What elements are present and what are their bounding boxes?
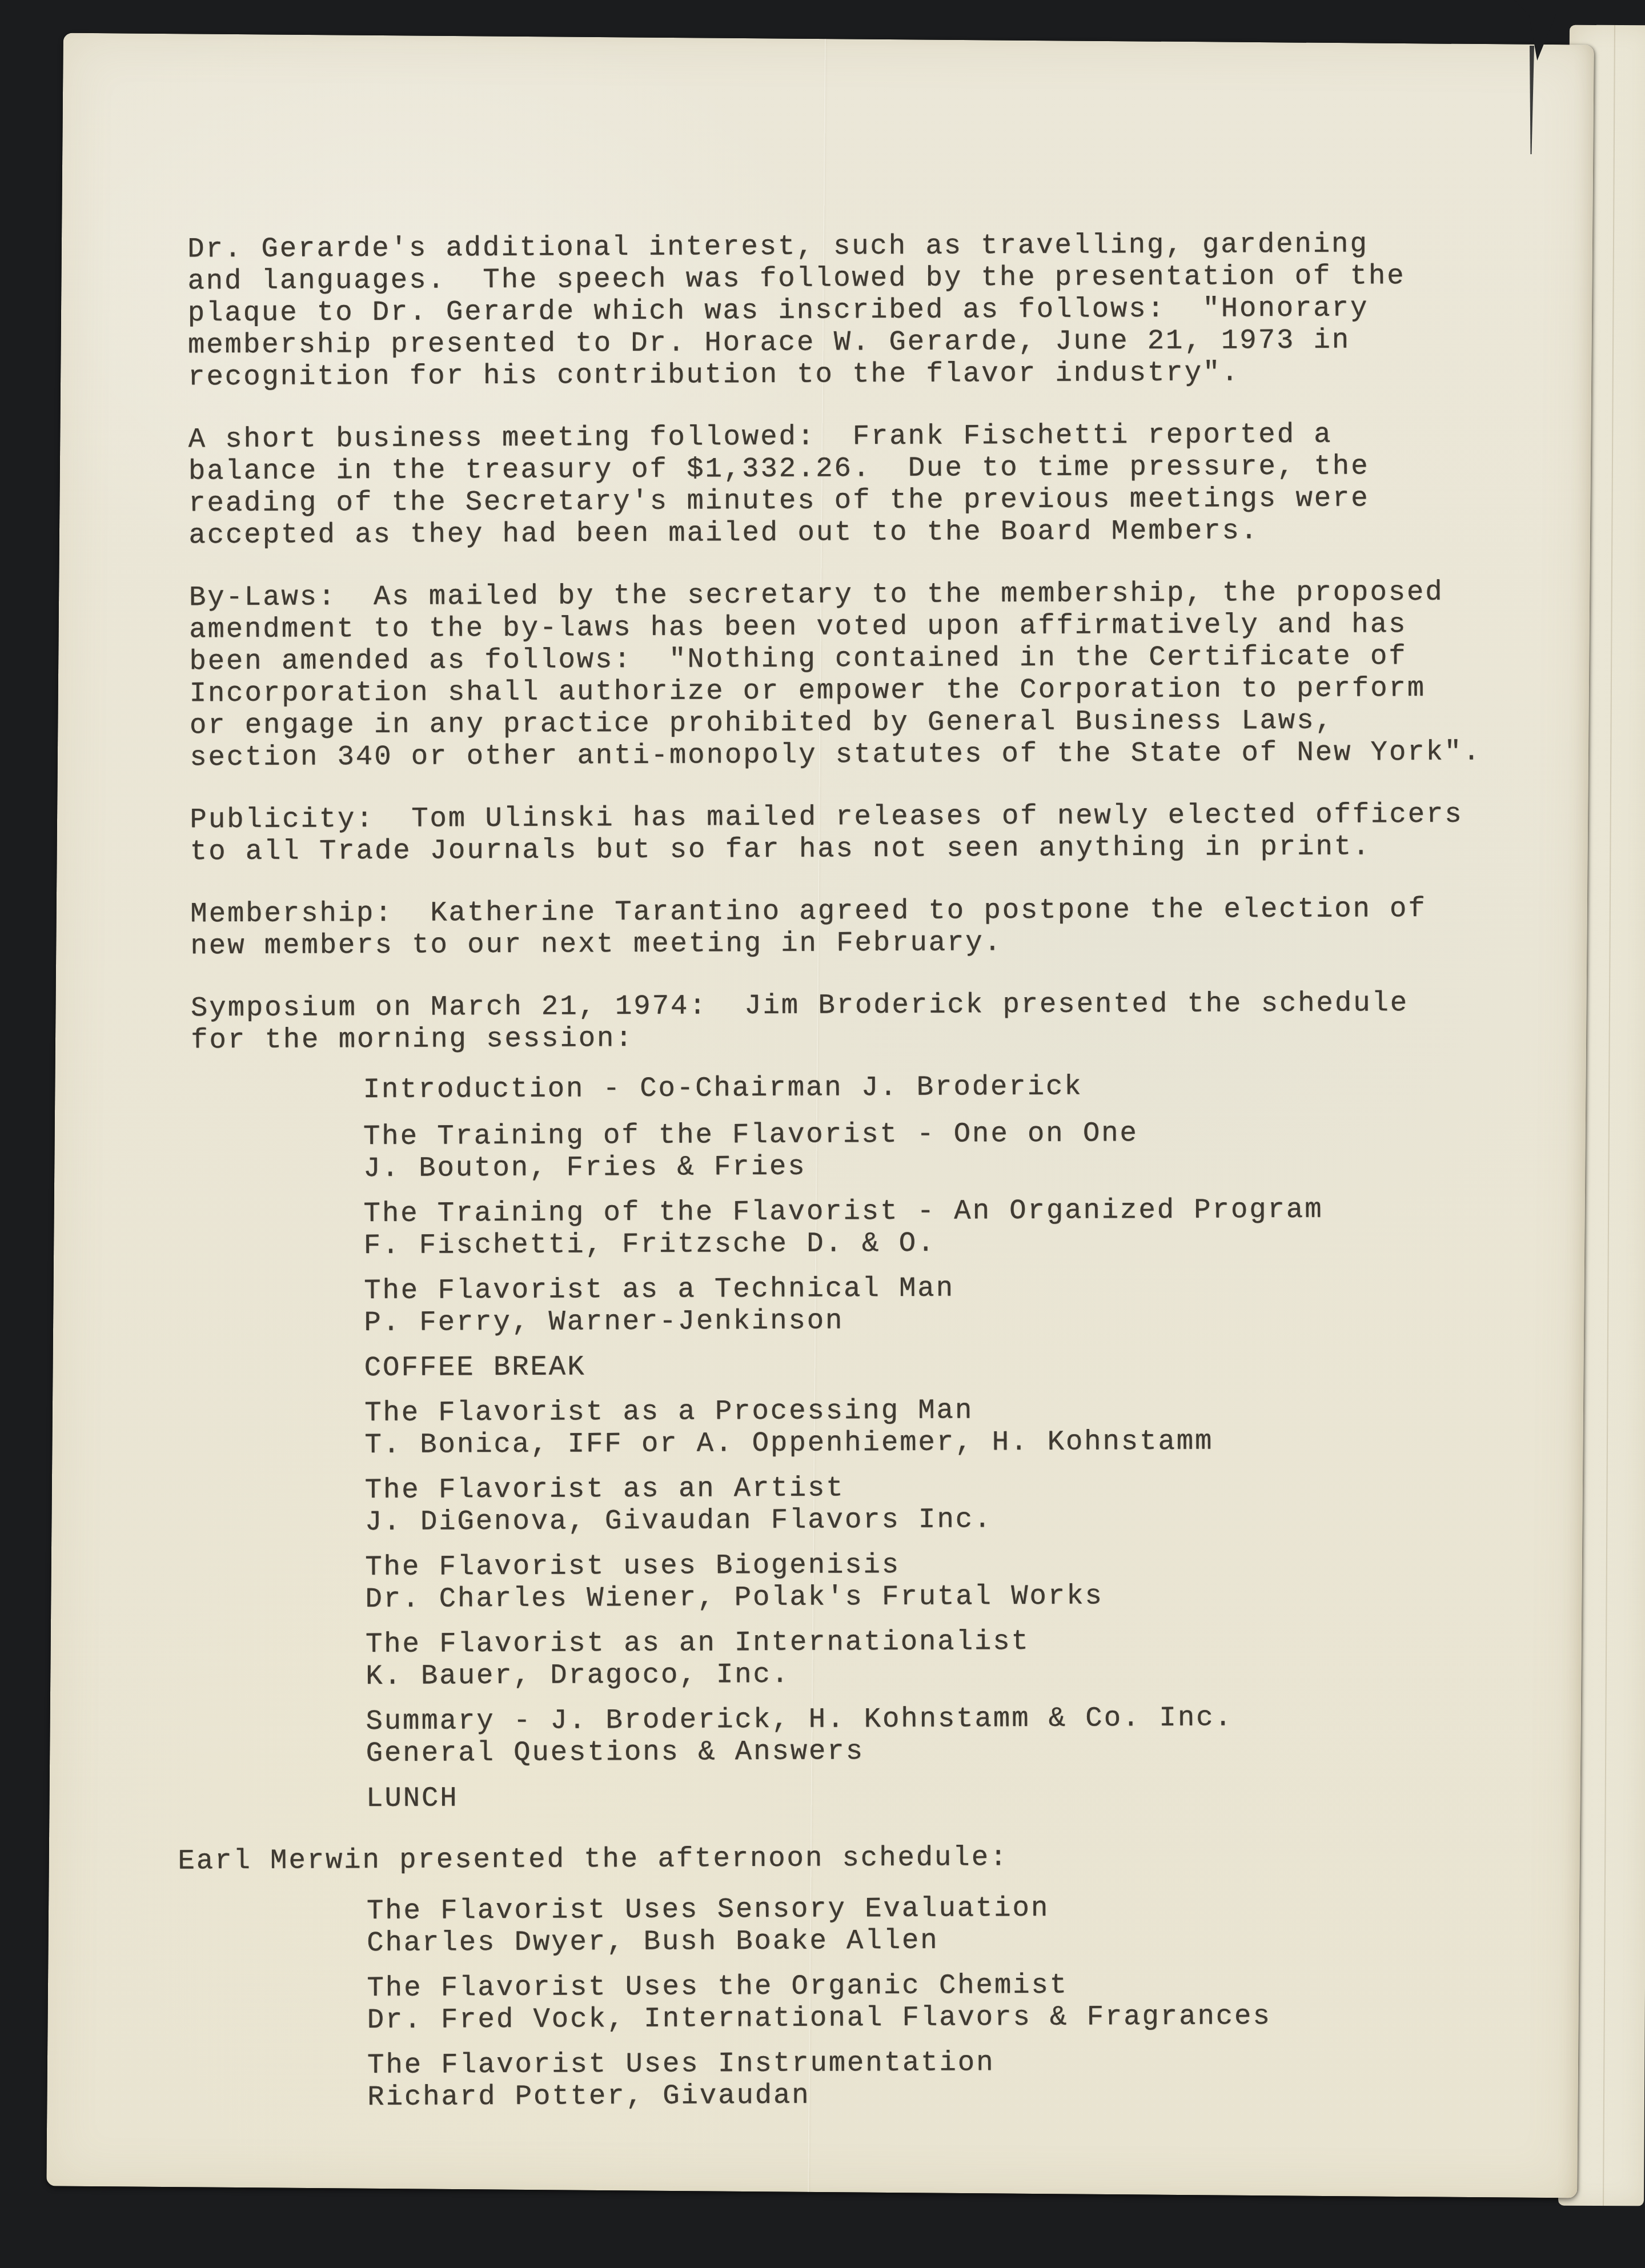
typed-line: P. Ferry, Warner-Jenkinson <box>364 1302 1494 1339</box>
typed-line: for the morning session: <box>191 1018 1493 1056</box>
paragraph-dr-gerarde-speech: Dr. Gerarde's additional interest, such … <box>187 227 1490 393</box>
paragraph-by-laws: By-Laws: As mailed by the secretary to t… <box>189 576 1492 773</box>
schedule-item-artist: The Flavorist as an Artist J. DiGenova, … <box>365 1469 1495 1538</box>
typed-line: section 340 or other anti-monopoly statu… <box>190 736 1492 773</box>
typed-line: Publicity: Tom Ulinski has mailed releas… <box>190 798 1492 836</box>
schedule-item-training-one-on-one: The Training of the Flavorist - One on O… <box>363 1115 1494 1185</box>
typed-line: J. Bouton, Fries & Fries <box>363 1147 1494 1185</box>
typed-line: recognition for his contribution to the … <box>188 355 1490 393</box>
morning-schedule-list: Introduction - Co-Chairman J. Broderick … <box>191 1069 1496 1815</box>
schedule-item-lunch: LUNCH <box>366 1777 1496 1815</box>
typed-line: T. Bonica, IFF or A. Oppenhiemer, H. Koh… <box>364 1424 1495 1461</box>
typed-line: membership presented to Dr. Horace W. Ge… <box>188 323 1490 361</box>
typed-line: LUNCH <box>366 1777 1496 1815</box>
typed-line: J. DiGenova, Givaudan Flavors Inc. <box>365 1501 1495 1538</box>
schedule-item-training-organized-program: The Training of the Flavorist - An Organ… <box>363 1193 1494 1262</box>
schedule-item-summary: Summary - J. Broderick, H. Kohnstamm & C… <box>366 1700 1496 1769</box>
typed-line: The Flavorist as a Processing Man <box>364 1392 1495 1429</box>
typed-line: Dr. Fred Vock, International Flavors & F… <box>367 1999 1498 2036</box>
typed-line: The Flavorist as an Artist <box>365 1469 1495 1506</box>
scanned-document-page: { "scan": { "background_color": "#1b1c1e… <box>0 0 1645 2268</box>
typed-line: Earl Merwin presented the afternoon sche… <box>178 1839 1496 1877</box>
typed-line: The Flavorist Uses the Organic Chemist <box>367 1967 1497 2004</box>
typed-line: reading of the Secretary's minutes of th… <box>188 481 1491 519</box>
typed-line: Richard Potter, Givaudan <box>367 2076 1498 2113</box>
paragraph-afternoon-intro: Earl Merwin presented the afternoon sche… <box>178 1839 1496 1877</box>
typed-line: balance in the treasury of $1,332.26. Du… <box>188 449 1491 487</box>
typed-line: amendment to the by-laws has been voted … <box>189 608 1491 645</box>
typed-line: The Training of the Flavorist - One on O… <box>363 1115 1494 1153</box>
typed-line: new members to our next meeting in Febru… <box>190 924 1492 962</box>
typed-line: accepted as they had been mailed out to … <box>188 513 1491 551</box>
second-page-crease <box>1603 25 1615 2206</box>
typed-line: General Questions & Answers <box>366 1732 1496 1769</box>
typed-line: The Flavorist Uses Sensory Evaluation <box>367 1890 1497 1927</box>
typed-line: Summary - J. Broderick, H. Kohnstamm & C… <box>366 1700 1496 1737</box>
schedule-item-biogenisis: The Flavorist uses Biogenisis Dr. Charle… <box>365 1546 1495 1615</box>
typed-line: Charles Dwyer, Bush Boake Allen <box>367 1922 1497 1959</box>
typed-line: The Flavorist uses Biogenisis <box>365 1546 1495 1583</box>
typed-line: Incorporation shall authorize or empower… <box>189 672 1491 709</box>
paragraph-symposium: Symposium on March 21, 1974: Jim Broderi… <box>191 986 1493 1056</box>
schedule-item-processing-man: The Flavorist as a Processing Man T. Bon… <box>364 1392 1495 1461</box>
typed-line: or engage in any practice prohibited by … <box>190 704 1492 741</box>
typed-line: COFFEE BREAK <box>364 1347 1495 1384</box>
typed-line: Symposium on March 21, 1974: Jim Broderi… <box>191 986 1493 1024</box>
typed-line: plaque to Dr. Gerarde which was inscribe… <box>188 291 1490 329</box>
schedule-item-sensory-evaluation: The Flavorist Uses Sensory Evaluation Ch… <box>367 1890 1497 1959</box>
typed-line: The Flavorist as an Internationalist <box>366 1623 1496 1660</box>
schedule-item-introduction: Introduction - Co-Chairman J. Broderick <box>363 1069 1493 1106</box>
typed-line: F. Fischetti, Fritzsche D. & O. <box>364 1225 1494 1262</box>
typed-line: The Flavorist Uses Instrumentation <box>367 2044 1498 2081</box>
typed-line: Dr. Gerarde's additional interest, such … <box>187 227 1490 265</box>
typed-line: K. Bauer, Dragoco, Inc. <box>366 1655 1496 1692</box>
paragraph-membership: Membership: Katherine Tarantino agreed t… <box>190 892 1492 962</box>
paper-sheet: Dr. Gerarde's additional interest, such … <box>46 33 1594 2198</box>
typed-line: A short business meeting followed: Frank… <box>188 418 1491 455</box>
typed-line: Introduction - Co-Chairman J. Broderick <box>363 1069 1493 1106</box>
schedule-item-internationalist: The Flavorist as an Internationalist K. … <box>366 1623 1496 1692</box>
schedule-item-organic-chemist: The Flavorist Uses the Organic Chemist D… <box>367 1967 1497 2036</box>
typed-line: been amended as follows: "Nothing contai… <box>189 640 1491 677</box>
paragraph-publicity: Publicity: Tom Ulinski has mailed releas… <box>190 798 1492 868</box>
typed-line: The Training of the Flavorist - An Organ… <box>363 1193 1494 1230</box>
typed-line: to all Trade Journals but so far has not… <box>190 830 1492 868</box>
typed-line: Dr. Charles Wiener, Polak's Frutal Works <box>365 1578 1495 1615</box>
typed-line: By-Laws: As mailed by the secretary to t… <box>189 576 1491 613</box>
schedule-item-coffee-break: COFFEE BREAK <box>364 1347 1495 1384</box>
schedule-item-technical-man: The Flavorist as a Technical Man P. Ferr… <box>364 1270 1494 1339</box>
typed-line: and languages. The speech was followed b… <box>187 259 1490 297</box>
typed-text-block: Dr. Gerarde's additional interest, such … <box>187 227 1498 2114</box>
typed-line: The Flavorist as a Technical Man <box>364 1270 1494 1307</box>
typed-line: Membership: Katherine Tarantino agreed t… <box>190 892 1492 930</box>
afternoon-schedule-list: The Flavorist Uses Sensory Evaluation Ch… <box>195 1890 1498 2114</box>
schedule-item-instrumentation: The Flavorist Uses Instrumentation Richa… <box>367 2044 1498 2113</box>
paragraph-business-meeting: A short business meeting followed: Frank… <box>188 418 1491 551</box>
